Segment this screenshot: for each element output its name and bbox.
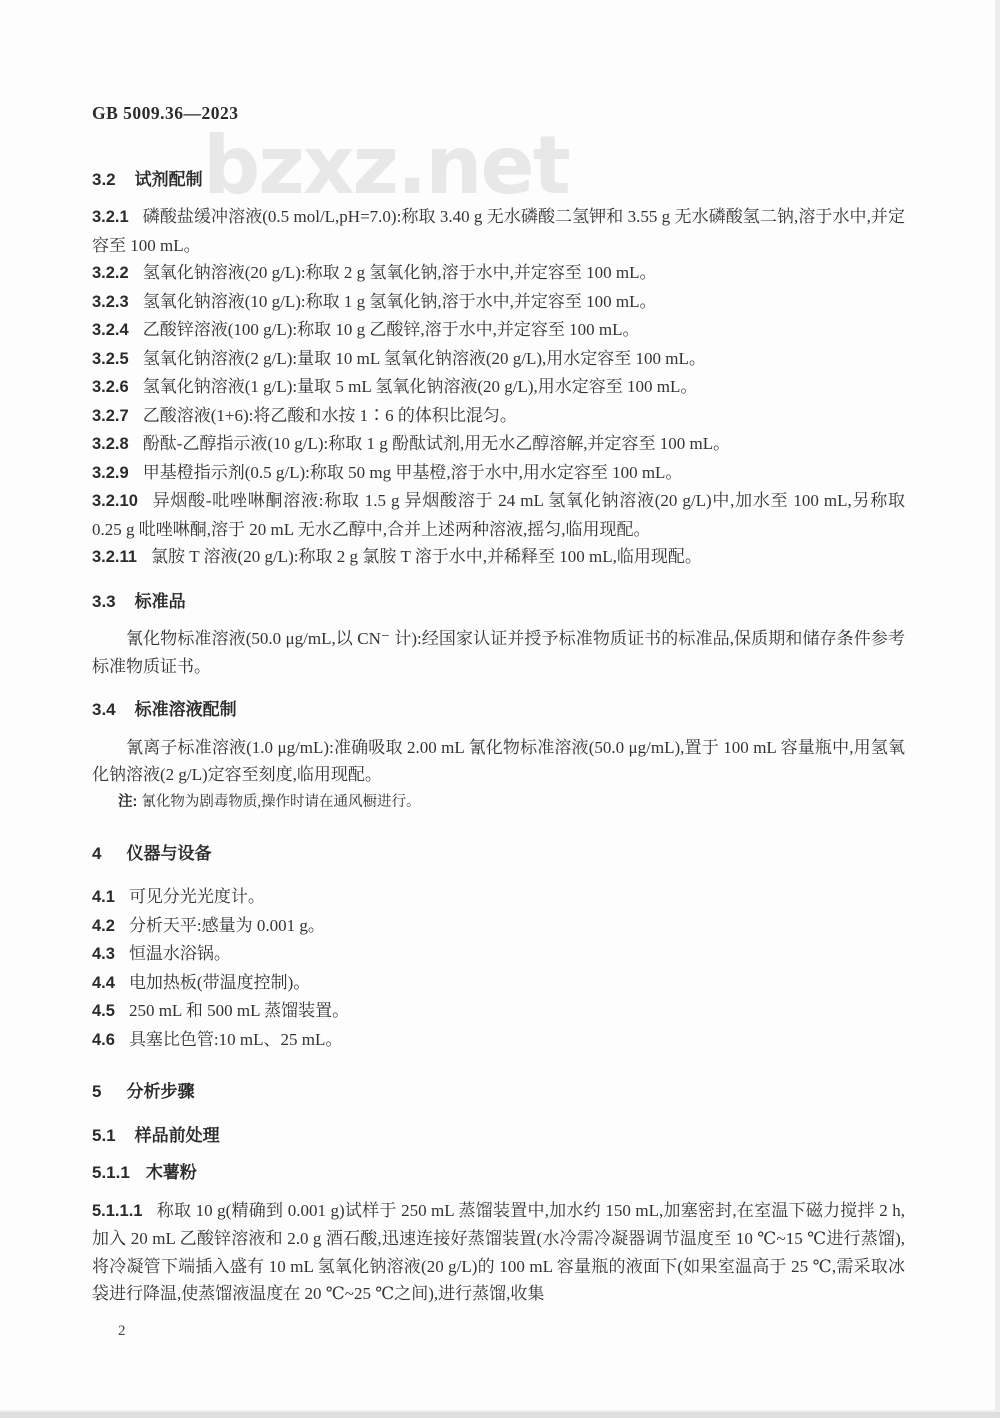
clause-text: 具塞比色管:10 mL、25 mL。 [129, 1030, 342, 1049]
clause-number: 3.2.3 [92, 293, 129, 311]
chapter-5-title: 分析步骤 [126, 1082, 194, 1101]
clause-3-2-4: 3.2.4乙酸锌溶液(100 g/L):称取 10 g 乙酸锌,溶于水中,并定容… [92, 316, 905, 345]
chapter-5-heading: 5分析步骤 [92, 1078, 905, 1106]
clause-number: 4.6 [92, 1031, 115, 1049]
clause-number: 4.4 [92, 974, 115, 992]
safety-note: 注:氰化物为剧毒物质,操作时请在通风橱进行。 [118, 789, 905, 816]
clause-number: 4.1 [92, 888, 115, 906]
clause-text: 分析天平:感量为 0.001 g。 [129, 916, 325, 935]
section-5-1-1-heading: 5.1.1木薯粉 [92, 1159, 905, 1187]
clause-number: 3.2.8 [92, 435, 129, 453]
clause-number: 3.2.9 [92, 464, 129, 482]
clause-3-2-8: 3.2.8酚酞-乙醇指示液(10 g/L):称取 1 g 酚酞试剂,用无水乙醇溶… [92, 430, 905, 459]
section-3-3-heading: 3.3标准品 [92, 588, 905, 616]
clause-4-5: 4.5250 mL 和 500 mL 蒸馏装置。 [92, 997, 905, 1026]
clause-text: 氢氧化钠溶液(1 g/L):量取 5 mL 氢氧化钠溶液(20 g/L),用水定… [143, 377, 698, 396]
clause-4-2: 4.2分析天平:感量为 0.001 g。 [92, 912, 905, 941]
clause-number: 5.1.1.1 [92, 1202, 142, 1220]
clause-4-4: 4.4电加热板(带温度控制)。 [92, 969, 905, 998]
clause-text: 异烟酸-吡唑啉酮溶液:称取 1.5 g 异烟酸溶于 24 mL 氢氧化钠溶液(2… [92, 491, 905, 539]
clause-3-2-7: 3.2.7乙酸溶液(1+6):将乙酸和水按 1∶6 的体积比混匀。 [92, 402, 905, 431]
clause-5-1-1-1: 5.1.1.1称取 10 g(精确到 0.001 g)试样于 250 mL 蒸馏… [92, 1197, 905, 1308]
clause-4-3: 4.3恒温水浴锅。 [92, 940, 905, 969]
clause-number: 3.2.1 [92, 208, 129, 226]
clause-number: 3.2.10 [92, 492, 138, 510]
clause-number: 3.2.7 [92, 407, 129, 425]
clause-4-1: 4.1可见分光光度计。 [92, 883, 905, 912]
clause-text: 乙酸锌溶液(100 g/L):称取 10 g 乙酸锌,溶于水中,并定容至 100… [143, 320, 640, 339]
section-3-4-title: 标准溶液配制 [135, 700, 237, 719]
clause-3-2-5: 3.2.5氢氧化钠溶液(2 g/L):量取 10 mL 氢氧化钠溶液(20 g/… [92, 345, 905, 374]
clause-text: 磷酸盐缓冲溶液(0.5 mol/L,pH=7.0):称取 3.40 g 无水磷酸… [92, 207, 905, 255]
clause-3-2-10: 3.2.10异烟酸-吡唑啉酮溶液:称取 1.5 g 异烟酸溶于 24 mL 氢氧… [92, 487, 905, 543]
clause-number: 4.2 [92, 917, 115, 935]
clause-text: 氯胺 T 溶液(20 g/L):称取 2 g 氯胺 T 溶于水中,并稀释至 10… [151, 547, 702, 566]
section-5-1-title: 样品前处理 [135, 1126, 220, 1145]
section-3-2-heading: 3.2试剂配制 [92, 166, 905, 194]
clause-number: 3.2.11 [92, 548, 137, 566]
chapter-4-title: 仪器与设备 [126, 844, 211, 863]
section-3-4-heading: 3.4标准溶液配制 [92, 696, 905, 724]
clause-3-2-2: 3.2.2氢氧化钠溶液(20 g/L):称取 2 g 氢氧化钠,溶于水中,并定容… [92, 259, 905, 288]
section-3-4-number: 3.4 [92, 700, 116, 719]
clause-3-2-3: 3.2.3氢氧化钠溶液(10 g/L):称取 1 g 氢氧化钠,溶于水中,并定容… [92, 288, 905, 317]
clause-text: 氢氧化钠溶液(2 g/L):量取 10 mL 氢氧化钠溶液(20 g/L),用水… [143, 349, 706, 368]
section-3-3-title: 标准品 [135, 592, 186, 611]
clause-number: 4.3 [92, 945, 115, 963]
section-5-1-1-title: 木薯粉 [146, 1163, 197, 1182]
page-content: GB 5009.36—2023 3.2试剂配制 3.2.1磷酸盐缓冲溶液(0.5… [0, 0, 1000, 1345]
clause-text: 可见分光光度计。 [129, 887, 265, 906]
clause-text: 乙酸溶液(1+6):将乙酸和水按 1∶6 的体积比混匀。 [143, 406, 517, 425]
note-label: 注: [118, 794, 137, 810]
clause-number: 3.2.6 [92, 378, 129, 396]
clause-text: 氢氧化钠溶液(10 g/L):称取 1 g 氢氧化钠,溶于水中,并定容至 100… [143, 292, 657, 311]
page-bottom-edge [0, 1410, 1000, 1418]
clause-text: 氢氧化钠溶液(20 g/L):称取 2 g 氢氧化钠,溶于水中,并定容至 100… [143, 263, 657, 282]
clause-4-6: 4.6具塞比色管:10 mL、25 mL。 [92, 1026, 905, 1055]
clause-text: 甲基橙指示剂(0.5 g/L):称取 50 mg 甲基橙,溶于水中,用水定容至 … [143, 463, 683, 482]
clause-text: 恒温水浴锅。 [129, 944, 231, 963]
clause-3-2-11: 3.2.11氯胺 T 溶液(20 g/L):称取 2 g 氯胺 T 溶于水中,并… [92, 543, 905, 572]
section-5-1-heading: 5.1样品前处理 [92, 1122, 905, 1150]
clause-number: 4.5 [92, 1002, 115, 1020]
document-page: bzxz.net GB 5009.36—2023 3.2试剂配制 3.2.1磷酸… [0, 0, 1000, 1418]
clause-number: 3.2.5 [92, 350, 129, 368]
chapter-5-number: 5 [92, 1082, 101, 1101]
clause-text: 酚酞-乙醇指示液(10 g/L):称取 1 g 酚酞试剂,用无水乙醇溶解,并定容… [143, 434, 730, 453]
note-text: 氰化物为剧毒物质,操作时请在通风橱进行。 [141, 794, 420, 810]
clause-3-2-6: 3.2.6氢氧化钠溶液(1 g/L):量取 5 mL 氢氧化钠溶液(20 g/L… [92, 373, 905, 402]
clause-text: 250 mL 和 500 mL 蒸馏装置。 [129, 1001, 349, 1020]
section-3-2-number: 3.2 [92, 170, 116, 189]
section-5-1-number: 5.1 [92, 1126, 116, 1145]
clause-text: 称取 10 g(精确到 0.001 g)试样于 250 mL 蒸馏装置中,加水约… [92, 1201, 905, 1304]
clause-3-2-9: 3.2.9甲基橙指示剂(0.5 g/L):称取 50 mg 甲基橙,溶于水中,用… [92, 459, 905, 488]
page-number: 2 [118, 1318, 905, 1346]
section-3-4-paragraph: 氰离子标准溶液(1.0 μg/mL):准确吸取 2.00 mL 氰化物标准溶液(… [92, 734, 905, 789]
section-5-1-1-number: 5.1.1 [92, 1163, 130, 1182]
standard-number: GB 5009.36—2023 [92, 100, 905, 128]
section-3-2-title: 试剂配制 [135, 170, 203, 189]
chapter-4-number: 4 [92, 844, 101, 863]
section-3-3-number: 3.3 [92, 592, 116, 611]
clause-number: 3.2.4 [92, 321, 129, 339]
chapter-4-heading: 4仪器与设备 [92, 840, 905, 868]
section-3-3-paragraph: 氰化物标准溶液(50.0 μg/mL,以 CN⁻ 计):经国家认证并授予标准物质… [92, 625, 905, 680]
clause-3-2-1: 3.2.1磷酸盐缓冲溶液(0.5 mol/L,pH=7.0):称取 3.40 g… [92, 203, 905, 259]
clause-text: 电加热板(带温度控制)。 [129, 973, 310, 992]
clause-number: 3.2.2 [92, 264, 129, 282]
